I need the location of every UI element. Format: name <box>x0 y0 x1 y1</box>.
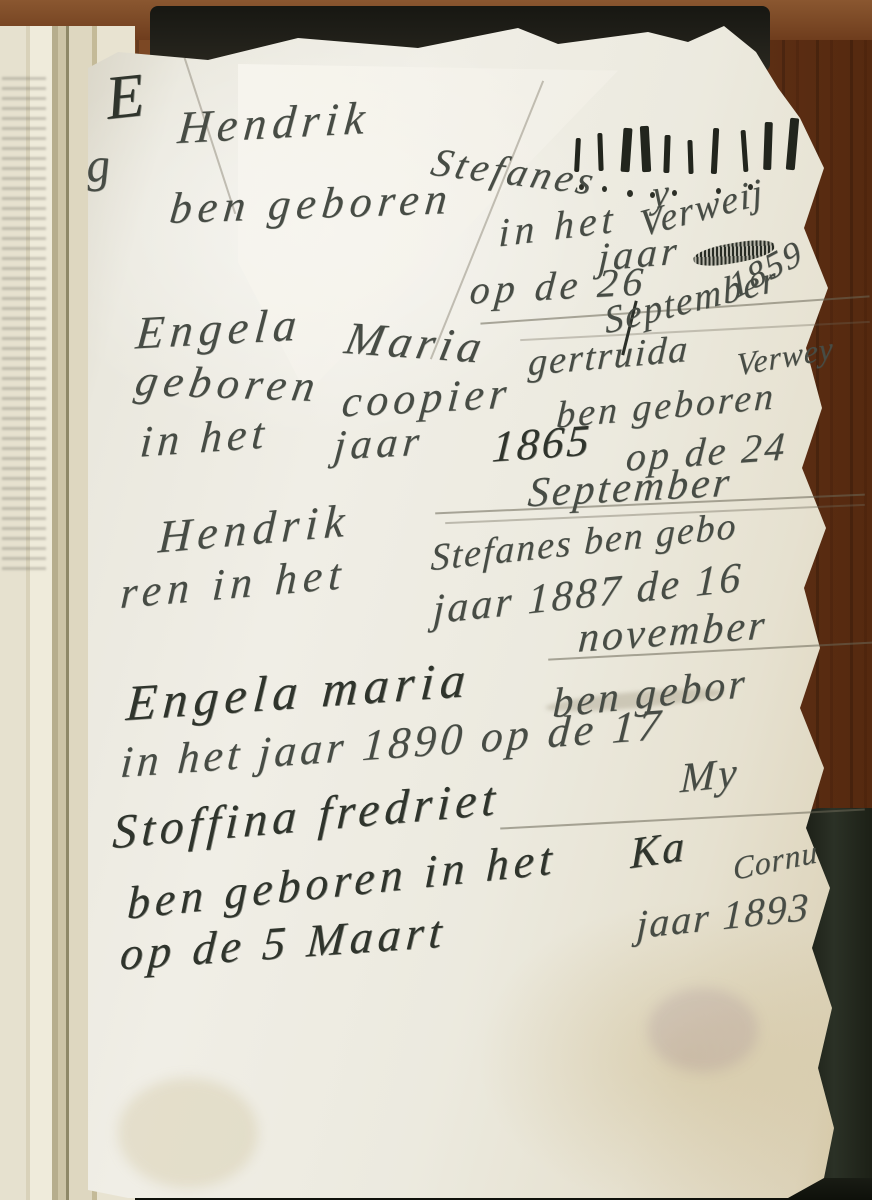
handwriting-fragment: ben geboren <box>167 173 455 234</box>
handwriting-fragment: geboren <box>132 355 325 412</box>
handwriting-fragment: Hendrik <box>176 91 373 154</box>
handwriting-fragment: 1865 <box>490 414 593 472</box>
tally-mark <box>763 122 773 170</box>
handwriting-fragment: Engela <box>134 297 305 359</box>
handwriting-fragment: Ka <box>630 820 687 879</box>
handwriting-fragment: E <box>102 60 147 135</box>
tally-dot <box>602 186 607 192</box>
paper-discoloration <box>118 1078 258 1188</box>
handwriting-fragment: My <box>679 749 740 804</box>
photo-of-register-page: E g Hendrik Stefanes y ben geboren in he… <box>0 0 872 1200</box>
handwriting-fragment: in het <box>138 407 270 467</box>
handwriting-fragment: g <box>84 137 112 194</box>
handwriting-fragment: Maria <box>341 311 492 373</box>
printed-page-text-hint <box>2 70 46 570</box>
tally-dot <box>627 190 633 197</box>
ink-stain <box>648 988 758 1072</box>
handwriting-fragment: jaar <box>332 418 426 471</box>
handwriting-fragment: coopier <box>340 367 514 427</box>
